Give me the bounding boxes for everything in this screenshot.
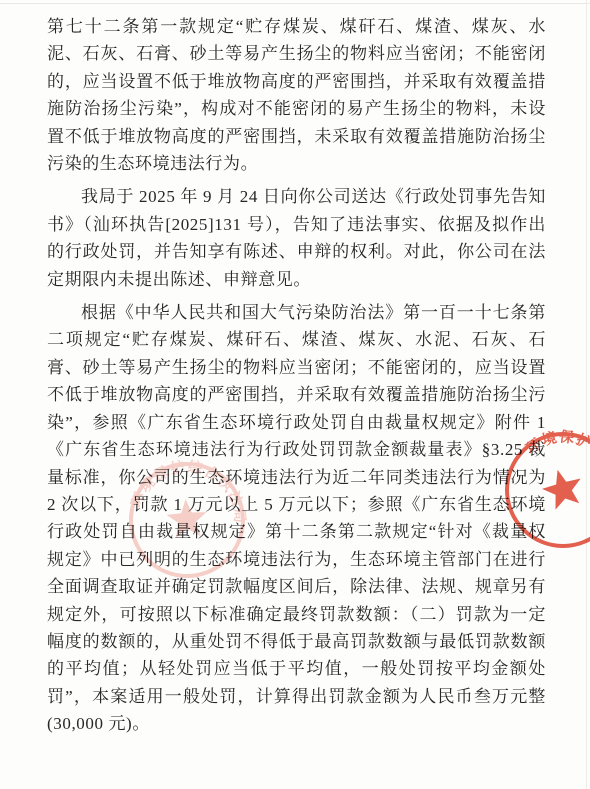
paragraph: 我局于 2025 年 9 月 24 日向你公司送达《行政处罚事先告知书》（汕环执…	[47, 183, 546, 293]
document-page: 第七十二条第一款规定“贮存煤炭、煤矸石、煤渣、煤灰、水泥、石灰、石膏、砂土等易产…	[0, 0, 590, 789]
body-text: 第七十二条第一款规定“贮存煤炭、煤矸石、煤渣、煤灰、水泥、石灰、石膏、砂土等易产…	[47, 13, 546, 744]
paragraph: 根据《中华人民共和国大气污染防治法》第一百一十七条第二项规定“贮存煤炭、煤矸石、…	[47, 299, 546, 738]
scan-edge-right	[586, 0, 587, 789]
paragraph: 第七十二条第一款规定“贮存煤炭、煤矸石、煤渣、煤灰、水泥、石灰、石膏、砂土等易产…	[47, 13, 546, 177]
scan-edge-top	[0, 3, 590, 4]
